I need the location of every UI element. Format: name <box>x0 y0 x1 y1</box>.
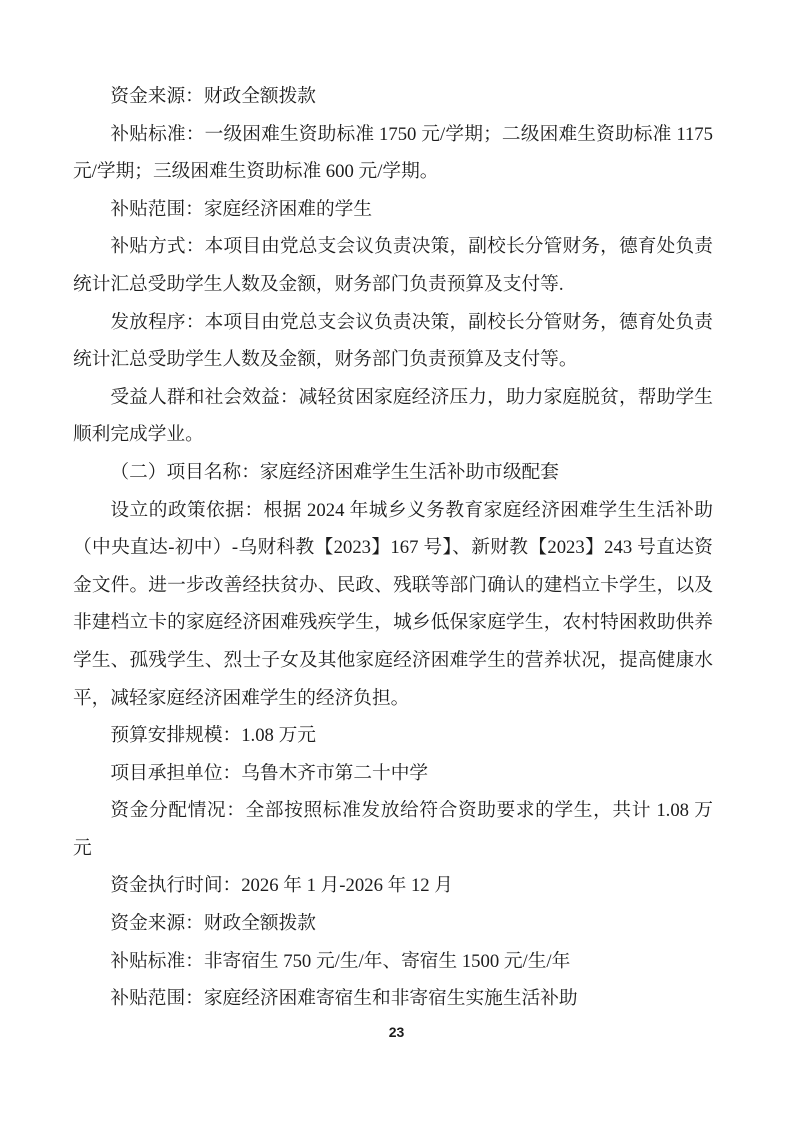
para-undertaking-unit: 项目承担单位：乌鲁木齐市第二十中学 <box>73 755 713 793</box>
para-subsidy-method: 补贴方式：本项目由党总支会议负责决策，副校长分管财务，德育处负责统计汇总受助学生… <box>73 228 713 303</box>
para-project-two-title: （二）项目名称：家庭经济困难学生生活补助市级配套 <box>73 454 713 492</box>
para-subsidy-scope: 补贴范围：家庭经济困难的学生 <box>73 191 713 229</box>
para-subsidy-standard: 补贴标准：一级困难生资助标准 1750 元/学期；二级困难生资助标准 1175 … <box>73 116 713 191</box>
para-execution-period: 资金执行时间：2026 年 1 月-2026 年 12 月 <box>73 867 713 905</box>
para-funding-source: 资金来源：财政全额拨款 <box>73 78 713 116</box>
text-block: 资金来源：财政全额拨款 补贴标准：一级困难生资助标准 1750 元/学期；二级困… <box>73 78 713 1018</box>
page-number: 23 <box>0 1024 793 1040</box>
para-fund-allocation: 资金分配情况：全部按照标准发放给符合资助要求的学生，共计 1.08 万元 <box>73 792 713 867</box>
document-page: 资金来源：财政全额拨款 补贴标准：一级困难生资助标准 1750 元/学期；二级困… <box>0 0 793 1122</box>
para-budget-scale: 预算安排规模：1.08 万元 <box>73 717 713 755</box>
para-subsidy-scope-2: 补贴范围：家庭经济困难寄宿生和非寄宿生实施生活补助 <box>73 980 713 1018</box>
para-beneficiaries-social-benefit: 受益人群和社会效益：减轻贫困家庭经济压力，助力家庭脱贫，帮助学生顺利完成学业。 <box>73 379 713 454</box>
para-subsidy-standard-2: 补贴标准：非寄宿生 750 元/生/年、寄宿生 1500 元/生/年 <box>73 943 713 981</box>
para-funding-source-2: 资金来源：财政全额拨款 <box>73 905 713 943</box>
para-distribution-procedure: 发放程序：本项目由党总支会议负责决策，副校长分管财务，德育处负责统计汇总受助学生… <box>73 304 713 379</box>
para-policy-basis: 设立的政策依据：根据 2024 年城乡义务教育家庭经济困难学生生活补助（中央直达… <box>73 492 713 718</box>
